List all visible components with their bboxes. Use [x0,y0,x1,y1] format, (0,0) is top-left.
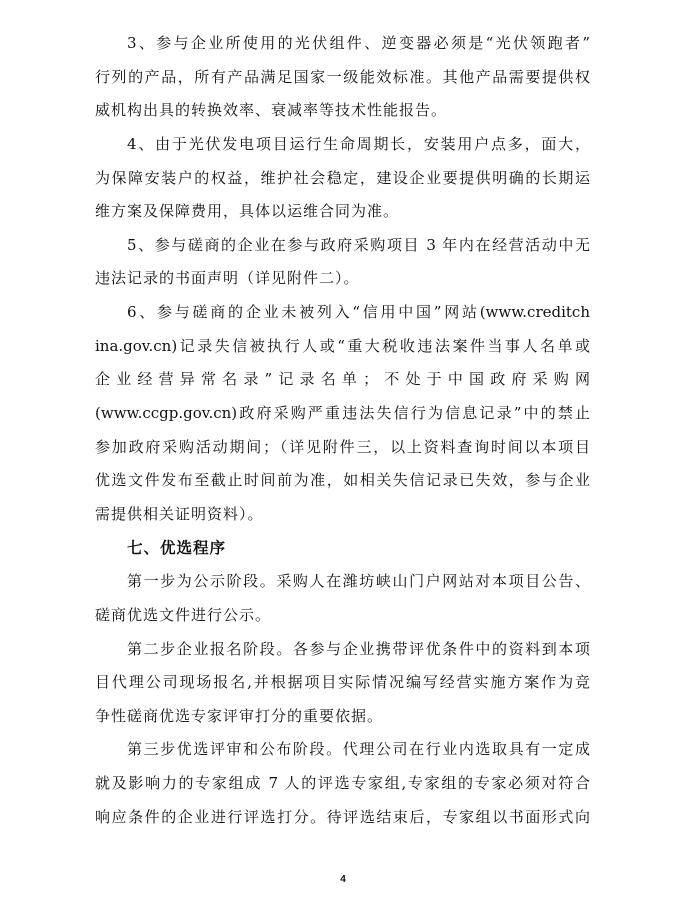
text-line: 威机构出具的转换效率、衰减率等技术性能报告。 [95,94,590,128]
text-line: ina.gov.cn)记录失信被执行人或“重大税收违法案件当事人名单或 [95,330,590,364]
text-line: 3、参与企业所使用的光伏组件、逆变器必须是“光伏领跑者” [95,27,590,61]
text-line: 第三步优选评审和公布阶段。代理公司在行业内选取具有一定成 [95,733,590,767]
section-heading: 七、优选程序 [95,532,590,566]
paragraph-item-3: 3、参与企业所使用的光伏组件、逆变器必须是“光伏领跑者” 行列的产品，所有产品满… [95,27,590,128]
text-line: 第一步为公示阶段。采购人在潍坊峡山门户网站对本项目公告、 [95,565,590,599]
text-line: 第二步企业报名阶段。各参与企业携带评优条件中的资料到本项 [95,633,590,667]
paragraph-item-4: 4、由于光伏发电项目运行生命周期长，安装用户点多，面大， 为保障安装户的权益，维… [95,128,590,229]
body-text: 3、参与企业所使用的光伏组件、逆变器必须是“光伏领跑者” 行列的产品，所有产品满… [95,27,590,834]
text-line: (www.ccgp.gov.cn)政府采购严重违法失信行为信息记录”中的禁止 [95,397,590,431]
text-line: 为保障安装户的权益，维护社会稳定，建设企业要提供明确的长期运 [95,162,590,196]
text-line: 企业经营异常名录”记录名单；不处于中国政府采购网 [95,363,590,397]
text-line: 5、参与磋商的企业在参与政府采购项目 3 年内在经营活动中无 [95,229,590,263]
text-line: 维方案及保障费用，具体以运维合同为准。 [95,195,590,229]
text-line: 争性磋商优选专家评审打分的重要依据。 [95,700,590,734]
text-line: 4、由于光伏发电项目运行生命周期长，安装用户点多，面大， [95,128,590,162]
text-line: 目代理公司现场报名,并根据项目实际情况编写经营实施方案作为竞 [95,666,590,700]
paragraph-step-3: 第三步优选评审和公布阶段。代理公司在行业内选取具有一定成 就及影响力的专家组成 … [95,733,590,834]
text-line: 磋商优选文件进行公示。 [95,599,590,633]
page-number: 4 [338,874,348,885]
paragraph-step-2: 第二步企业报名阶段。各参与企业携带评优条件中的资料到本项 目代理公司现场报名,并… [95,633,590,734]
text-line: 违法记录的书面声明（详见附件二）。 [95,262,590,296]
text-line: 就及影响力的专家组成 7 人的评选专家组,专家组的专家必须对符合 [95,767,590,801]
text-line: 行列的产品，所有产品满足国家一级能效标准。其他产品需要提供权 [95,61,590,95]
text-line: 响应条件的企业进行评选打分。待评选结束后，专家组以书面形式向 [95,801,590,835]
paragraph-item-5: 5、参与磋商的企业在参与政府采购项目 3 年内在经营活动中无 违法记录的书面声明… [95,229,590,296]
paragraph-item-6: 6、参与磋商的企业未被列入“信用中国”网站(www.creditch ina.g… [95,296,590,531]
text-line: 6、参与磋商的企业未被列入“信用中国”网站(www.creditch [95,296,590,330]
text-line: 优选文件发布至截止时间前为准，如相关失信记录已失效，参与企业 [95,464,590,498]
text-line: 参加政府采购活动期间；（详见附件三，以上资料查询时间以本项目 [95,431,590,465]
text-line: 需提供相关证明资料）。 [95,498,590,532]
paragraph-step-1: 第一步为公示阶段。采购人在潍坊峡山门户网站对本项目公告、 磋商优选文件进行公示。 [95,565,590,632]
document-page: 3、参与企业所使用的光伏组件、逆变器必须是“光伏领跑者” 行列的产品，所有产品满… [0,0,692,900]
